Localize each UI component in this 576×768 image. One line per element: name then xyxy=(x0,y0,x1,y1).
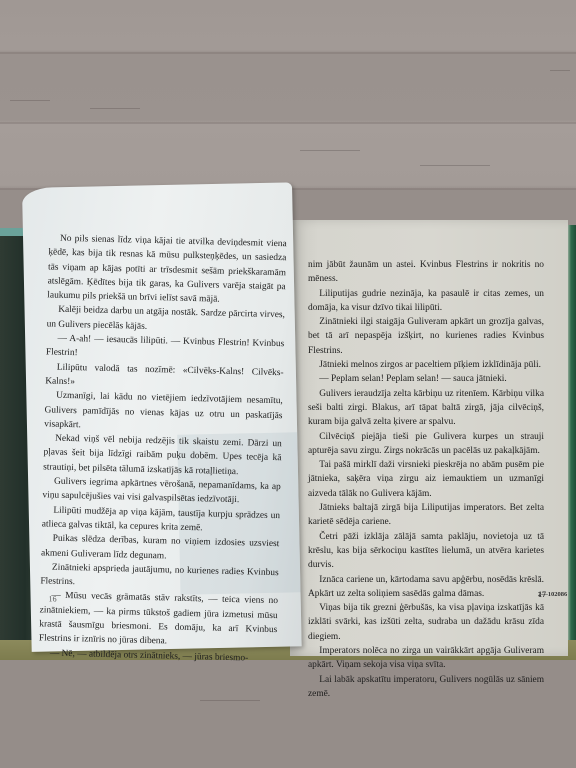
table-plank-seam xyxy=(0,52,576,54)
paragraph: Nekad viņš vēl nebija redzējis tik skais… xyxy=(43,432,282,481)
paragraph: — Mūsu vecās grāmatās stāv rakstīts, — t… xyxy=(39,589,278,652)
left-page-text: No pils sienas līdz viņa kājai tie atvil… xyxy=(38,231,286,666)
paragraph: Iznāca cariene un, kārtodama savu apģērb… xyxy=(308,573,544,602)
wood-grain xyxy=(90,108,140,109)
wood-grain xyxy=(420,165,490,166)
table-plank-seam xyxy=(0,122,576,124)
paragraph: Viņas bija tik grezni ģērbušās, ka visa … xyxy=(308,601,544,644)
paragraph: nim jābūt žaunām un astei. Kvinbus Flest… xyxy=(308,258,544,287)
left-page[interactable]: No pils sienas līdz viņa kājai tie atvil… xyxy=(22,182,302,652)
right-page-text: nim jābūt žaunām un astei. Kvinbus Flest… xyxy=(308,258,544,701)
paragraph: Tai pašā mirklī daži virsnieki pieskrēja… xyxy=(308,458,544,501)
wood-grain xyxy=(200,700,260,701)
paragraph: Imperators nolēca no zirga un vairākkārt… xyxy=(308,644,544,673)
wood-grain xyxy=(10,100,50,101)
paragraph: Zinātnieki ilgi staigāja Guliveram apkār… xyxy=(308,315,544,358)
paragraph: Jātnieki melnos zirgos ar paceltiem pīķi… xyxy=(308,358,544,372)
paragraph: Lai labāk apskatītu imperatoru, Gulivers… xyxy=(308,673,544,702)
paragraph: Uzmanīgi, lai kādu no vietējiem iedzīvot… xyxy=(44,389,283,438)
wood-grain xyxy=(550,70,570,71)
paragraph: Cilvēciņš piejāja tieši pie Gulivera kur… xyxy=(308,430,544,459)
paragraph: Liliputijas gudrie nezināja, ka pasaulē … xyxy=(308,287,544,316)
page-number: 17 xyxy=(538,588,546,602)
right-page: nim jābūt žaunām un astei. Kvinbus Flest… xyxy=(290,220,568,656)
paragraph: Jātnieks baltajā zirgā bija Liliputijas … xyxy=(308,501,544,530)
paragraph: Gulivers ieraudzīja zelta kārbiņu uz rit… xyxy=(308,387,544,430)
paragraph: — Peplam selan! Peplam selan! — sauca jā… xyxy=(308,372,544,386)
paragraph: No pils sienas līdz viņa kājai tie atvil… xyxy=(47,231,287,308)
paragraph: Četri pāži izklāja zālājā samta paklāju,… xyxy=(308,530,544,573)
page-number: 16 xyxy=(48,592,56,606)
wood-grain xyxy=(300,150,360,151)
